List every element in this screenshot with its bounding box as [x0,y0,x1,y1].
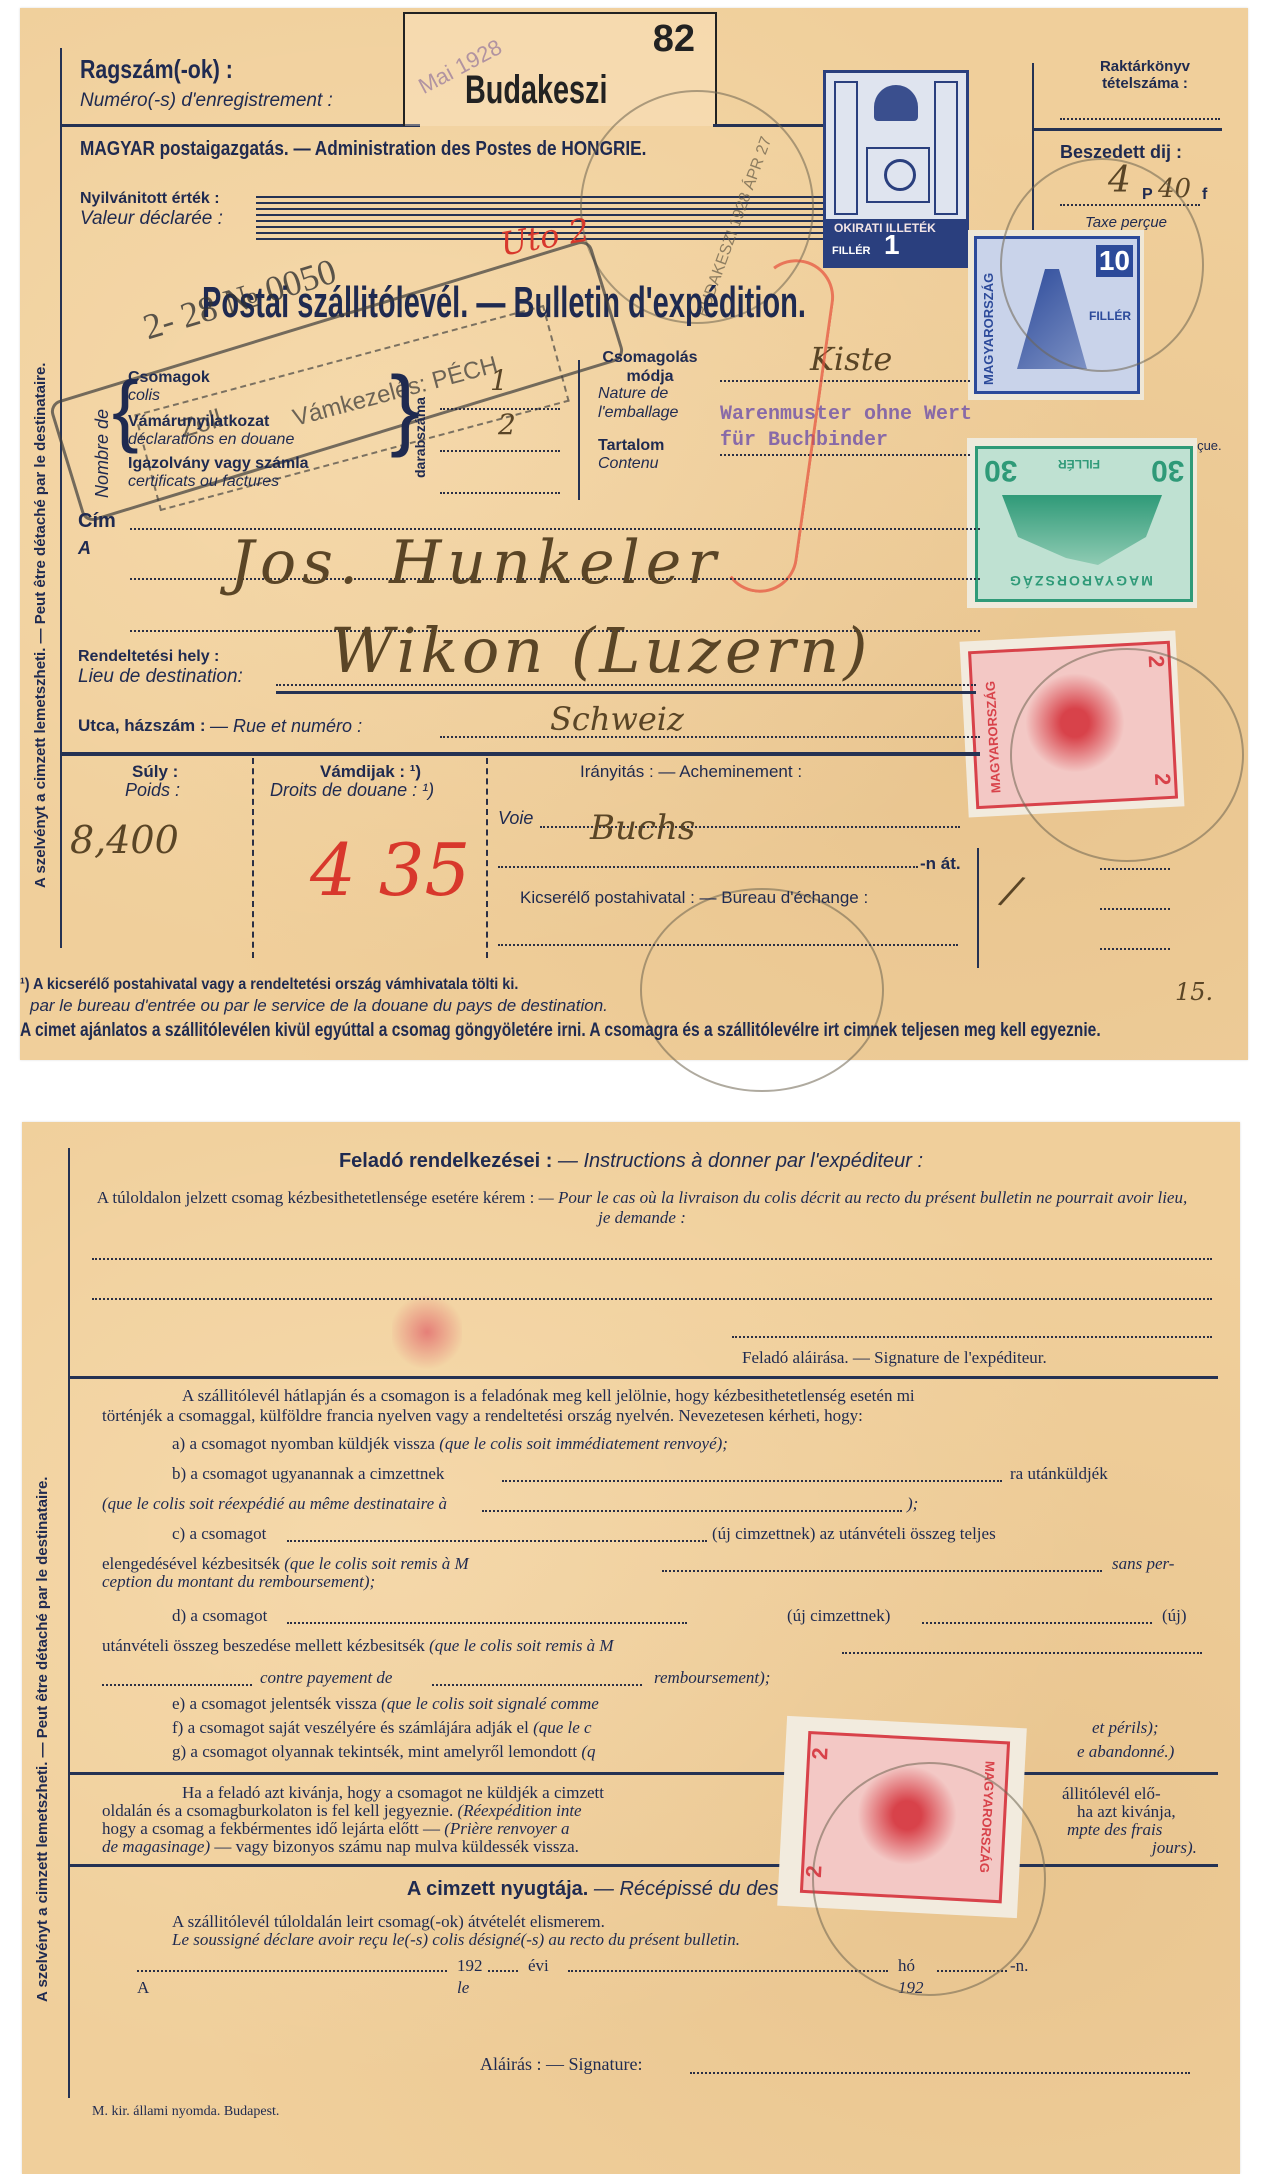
addressee-name: Jos. Hunkeler [230,528,722,598]
receipt-place-field[interactable] [137,1970,447,1972]
footnote-3: A cimet ajánlatos a szállitólevélen kivü… [20,1020,1101,1042]
parcel-count-value: 1 [490,364,508,397]
side-detach-note: A szelvényt a cimzett lemetszheti. — Peu… [32,363,49,888]
divider [68,1772,1218,1775]
divider [60,752,980,756]
packing-label-fr: Nature de l'emballage [598,384,708,422]
instructions-line-2[interactable] [92,1298,1212,1300]
divider [578,360,580,500]
option-d-field[interactable] [287,1622,687,1624]
certificates-label: Igazolvány vagy számla [128,454,309,473]
option-e: e) a csomagot jelentsék vissza (que le c… [172,1694,599,1714]
small-field[interactable] [1100,868,1170,870]
detach-line [60,48,62,948]
registration-label: Ragszám(-ok) : [80,54,233,85]
signature-label: Aláirás : — Signature: [480,2054,642,2075]
parcels-label: Csomagok [128,368,210,387]
postage-stamp-30-filler: 30 30 FILLÉR MAGYARORSZÁG [967,438,1197,608]
divider [486,758,488,958]
storage-book-label: Raktárkönyv tételszáma : [1075,58,1215,92]
option-f: f) a csomagot saját veszélyére és számlá… [172,1718,592,1738]
sender-signature-label: Feladó aláirása. — Signature de l'expédi… [742,1348,1047,1368]
instructions-line-1[interactable] [92,1258,1212,1260]
certificates-label-fr: certificats ou factures [128,472,279,491]
small-field[interactable] [1100,908,1170,910]
receipt-title: A cimzett nyugtája. — Récépissé du desti… [22,1878,1240,1901]
declaration-count-value: 2 [498,408,516,441]
detach-line [68,1148,70,2098]
receipt-year-field[interactable] [488,1970,518,1972]
destination-value: Wikon (Luzern) [330,614,871,687]
voie-label: Voie [498,808,533,829]
postmark [1000,158,1204,372]
arrow-annotation: / [999,867,1024,915]
instructions-request: A túloldalon jelzett csomag kézbesithete… [92,1188,1192,1228]
destination-label: Rendeltetési hely : [78,648,219,666]
declaration-count-field[interactable] [440,450,560,452]
receipt-month-field[interactable] [568,1970,888,1972]
instructions-title: Feladó rendelkezései : — Instructions à … [22,1150,1240,1173]
option-d-field-2[interactable] [922,1622,1152,1624]
divider [252,758,254,958]
origin-office: Budakeszi [465,68,607,113]
destination-label-fr: Lieu de destination: [78,666,243,688]
imprinted-stamp-value: 1 [884,229,900,261]
divider [1032,128,1222,131]
option-d-3-field[interactable] [102,1684,252,1686]
street-value: Schweiz [550,700,684,738]
packing-label: Csomagolás módja [598,348,702,386]
back-side-form: A szelvényt a cimzett lemetszheti. — Peu… [22,1122,1240,2174]
customs-fees-value: 4 35 [310,828,470,912]
divider [68,1864,1218,1867]
receipt-text: A szállitólevél túloldalán leirt csomag(… [172,1912,605,1932]
address-label-fr: A [78,538,91,559]
routing-value: Buchs [590,808,695,848]
registration-number: 82 [653,18,695,61]
nombre-de-label: Nombre de [92,409,113,498]
front-side-form: A szelvényt a cimzett lemetszheti. — Peu… [20,8,1248,1060]
route-line-2[interactable] [498,866,918,868]
customs-declaration-label: Vámárunyilatkozat [128,412,269,431]
imprinted-stamp-unit: FILLÉR [832,245,871,257]
street-label-fr: — Rue et numéro : [210,716,362,737]
via-suffix: -n át. [920,854,961,874]
contents-label: Tartalom [598,436,664,455]
divider [276,691,976,694]
administration-line: MAGYAR postaigazgatás. — Administration … [80,138,646,161]
receipt-text-fr: Le soussigné déclare avoir reçu le(-s) c… [172,1930,740,1950]
weight-value: 8,400 [70,818,179,862]
footnote-2: par le bureau d'entrée ou par le service… [30,996,608,1016]
postmark [640,888,884,1092]
contents-label-fr: Contenu [598,454,659,473]
declared-value-label: Nyilvánitott érték : [80,190,220,208]
footnote-1: ¹) A kicserélő postahivatal vagy a rende… [20,976,518,994]
option-d: d) a csomagot [172,1606,267,1626]
options-intro: A szállitólevél hátlapján és a csomagon … [102,1386,1212,1426]
customs-fees-label: Vámdijak : ¹) [320,762,421,782]
imprinted-fee-stamp: OKIRATI ILLETÉK 1 FILLÉR [823,70,969,268]
small-field[interactable] [1100,948,1170,950]
sender-signature-field[interactable] [732,1336,1212,1338]
option-a: a) a csomagot nyomban küldjék vissza (qu… [172,1434,728,1454]
parcels-label-fr: colis [128,386,160,405]
red-ink-blot [392,1292,462,1372]
fee-unit-f: f [1202,186,1207,204]
option-c-2-field[interactable] [662,1570,1102,1572]
side-detach-note: A szelvényt a cimzett lemetszheti. — Peu… [34,1477,51,2002]
postmark [1010,648,1244,862]
street-label: Utca, házszám : [78,716,206,736]
divider [60,124,420,127]
customs-fees-label-fr: Droits de douane : ¹) [270,780,434,801]
option-c: c) a csomagot [172,1524,266,1544]
customs-declaration-label-fr: déclarations en douane [128,430,294,449]
option-b-field[interactable] [502,1480,1002,1482]
crown-icon [874,85,918,121]
option-g: g) a csomagot olyannak tekintsék, mint a… [172,1742,596,1762]
routing-label: Irányitás : — Acheminement : [580,762,802,782]
weight-label: Súly : [132,762,178,782]
registration-label-fr: Numéro(-s) d'enregistrement : [80,90,333,112]
storage-book-field[interactable] [1060,118,1220,120]
option-b-fr-field[interactable] [482,1510,902,1512]
option-d-2-field[interactable] [842,1652,1202,1654]
printer-credit: M. kir. állami nyomda. Budapest. [92,2104,279,2120]
postmark [812,1762,1046,1996]
option-b: b) a csomagot ugyanannak a cimzettnek [172,1464,444,1484]
option-b-fr: (que le colis soit réexpédié au même des… [102,1494,447,1514]
exchange-office-field[interactable] [498,944,958,946]
certificate-count-field[interactable] [440,492,560,494]
divider [977,848,979,968]
exchange-office-label: Kicserélő postahivatal : — Bureau d'écha… [520,888,868,908]
signature-field[interactable] [690,2072,1190,2074]
declared-value-label-fr: Valeur déclarée : [80,208,223,230]
address-label: Cím [78,510,116,533]
option-d-3-field-2[interactable] [432,1684,642,1686]
count-label: darabszáma [412,397,428,478]
margin-note: 15. [1175,978,1213,1006]
posthorn-icon [866,147,930,203]
return-note: Ha a feladó azt kivánja, hogy a csomagot… [102,1784,1212,1856]
option-c-field[interactable] [287,1540,707,1542]
city-view-icon [1002,495,1162,565]
divider [68,1376,1218,1379]
weight-label-fr: Poids : [125,780,180,801]
street-field[interactable] [440,736,980,738]
